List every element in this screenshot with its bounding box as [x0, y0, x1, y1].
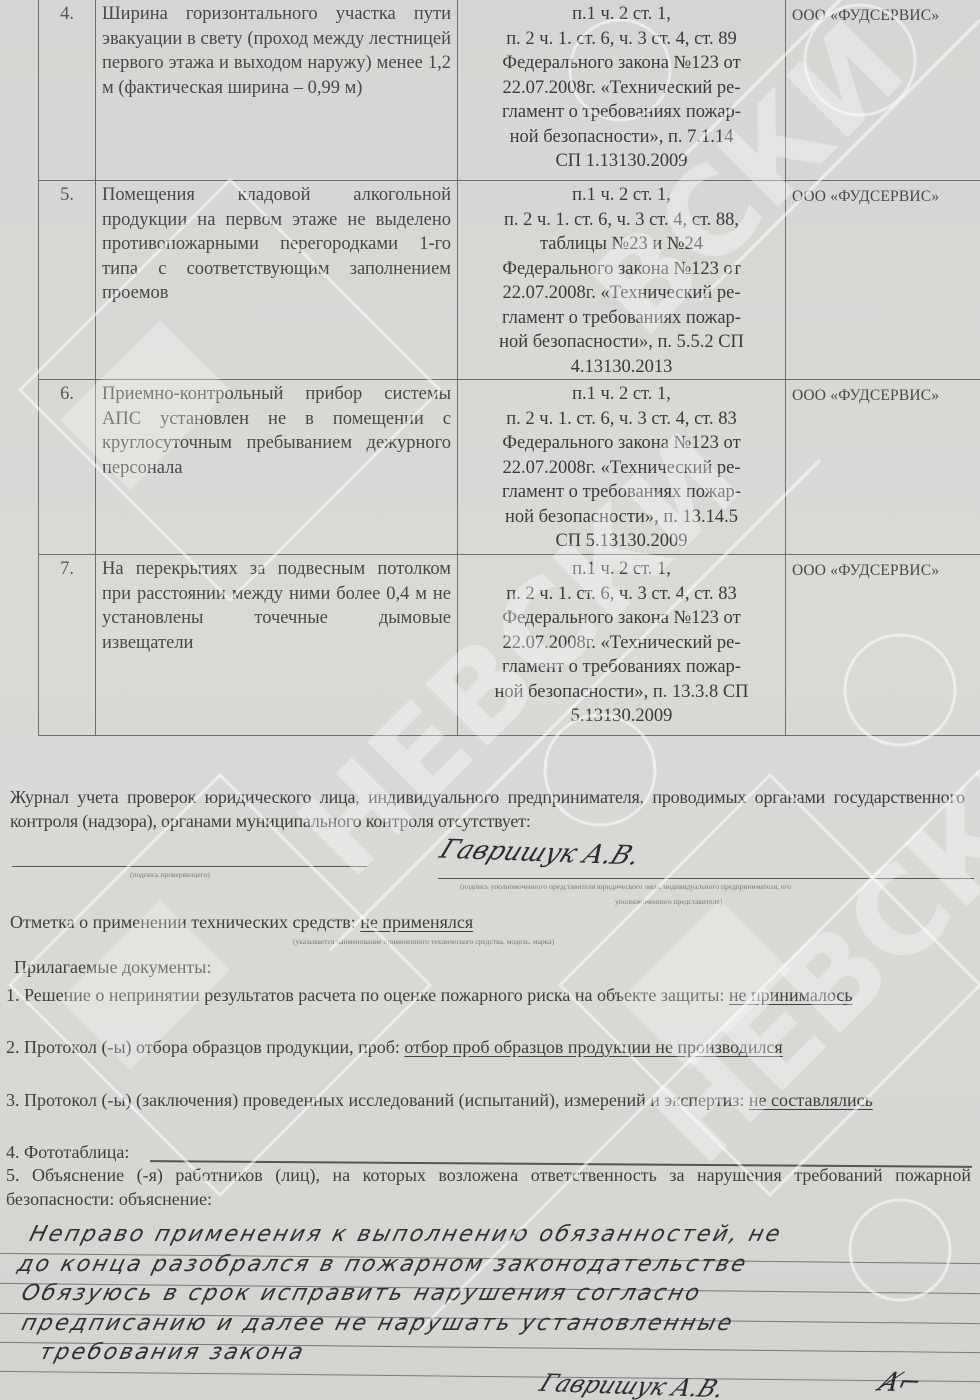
svg-text:НЕВСКИ: НЕВСКИ — [626, 696, 980, 1191]
explanation-signature-mark: Ⱥ⌐ — [874, 1367, 926, 1398]
responsible-organization: ООО «ФУДСЕРВИС» — [786, 0, 980, 181]
norm-line: гламент о требованиях пожар- — [464, 100, 779, 125]
norm-line: ной безопасности», п. 7.1.14 — [464, 125, 779, 150]
violated-norm: п.1 ч. 2 ст. 1,п. 2 ч. 1. ст. 6, ч. 3 ст… — [458, 181, 786, 380]
journal-statement: Журнал учета проверок юридического лица,… — [10, 785, 965, 833]
norm-line: п.1 ч. 2 ст. 1, — [464, 183, 779, 208]
handwritten-line-5: требования закона — [37, 1340, 308, 1365]
violation-description: Ширина горизонтального участка пути эвак… — [96, 0, 458, 181]
handwritten-line-1: Неправо применения к выполнению обязанно… — [27, 1222, 785, 1247]
norm-line: п. 2 ч. 1. ст. 6, ч. 3 ст. 4, ст. 89 — [464, 27, 779, 52]
attachment-2: 2. Протокол (-ы) отбора образцов продукц… — [6, 1035, 971, 1059]
ruled-line — [0, 1371, 980, 1382]
norm-line: 22.07.2008г. «Технический ре- — [464, 456, 779, 481]
violations-table: 4.Ширина горизонтального участка пути эв… — [38, 0, 980, 736]
norm-line: ной безопасности», п. 13.14.5 — [464, 505, 779, 530]
technical-means-label: Отметка о применении технических средств… — [10, 912, 356, 932]
attachment-4: 4. Фототаблица: — [6, 1140, 129, 1164]
norm-line: 5.13130.2009 — [464, 704, 779, 729]
norm-line: п. 2 ч. 1. ст. 6, ч. 3 ст. 4, ст. 88, — [464, 208, 779, 233]
technical-means-value: не применялся — [360, 912, 473, 932]
violation-row: 6.Приемно-контрольный прибор системы АПС… — [39, 380, 980, 555]
representative-caption-2: уполномоченного представителя) — [615, 897, 722, 906]
explanation-signature: Гавришук А.В. — [536, 1369, 729, 1400]
norm-line: ной безопасности», п. 5.5.2 СП — [464, 330, 779, 355]
violation-number: 5. — [39, 181, 96, 380]
representative-caption-1: (подпись уполномоченного представителя ю… — [460, 882, 791, 891]
attachment-1-value: не принималось — [729, 985, 853, 1005]
attachment-2-value: отбор проб образцов продукции не произво… — [404, 1037, 782, 1057]
inspector-signature-line — [12, 866, 367, 867]
norm-line: п.1 ч. 2 ст. 1, — [464, 382, 779, 407]
violated-norm: п.1 ч. 2 ст. 1,п. 2 ч. 1. ст. 6, ч. 3 ст… — [458, 555, 786, 736]
responsible-organization: ООО «ФУДСЕРВИС» — [786, 555, 980, 736]
norm-line: п.1 ч. 2 ст. 1, — [464, 557, 779, 582]
norm-line: СП 5.13130.2009 — [464, 529, 779, 554]
attachment-5: 5. Объяснение (-я) работников (лиц), на … — [6, 1163, 971, 1211]
violation-row: 5.Помещения кладовой алкогольной продукц… — [39, 181, 980, 380]
violated-norm: п.1 ч. 2 ст. 1,п. 2 ч. 1. ст. 6, ч. 3 ст… — [458, 0, 786, 181]
norm-line: таблицы №23 и №24 — [464, 232, 779, 257]
violation-description: На перекрытиях за подвесным потолком при… — [96, 555, 458, 736]
norm-line: п. 2 ч. 1. ст. 6, ч. 3 ст. 4, ст. 83 — [464, 582, 779, 607]
violation-description: Помещения кладовой алкогольной продукции… — [96, 181, 458, 380]
attachment-1: 1. Решение о непринятии результатов расч… — [6, 983, 971, 1007]
norm-line: п. 2 ч. 1. ст. 6, ч. 3 ст. 4, ст. 83 — [464, 407, 779, 432]
norm-line: Федерального закона №123 от — [464, 257, 779, 282]
representative-signature-line — [438, 878, 974, 879]
norm-line: 4.13130.2013 — [464, 355, 779, 380]
attachment-3: 3. Протокол (-ы) (заключения) проведенны… — [6, 1088, 971, 1112]
norm-line: Федерального закона №123 от — [464, 431, 779, 456]
norm-line: Федерального закона №123 от — [464, 606, 779, 631]
norm-line: гламент о требованиях пожар- — [464, 306, 779, 331]
violation-row: 7.На перекрытиях за подвесным потолком п… — [39, 555, 980, 736]
inspector-signature-caption: (подпись проверяющего) — [130, 870, 210, 879]
violation-number: 7. — [39, 555, 96, 736]
representative-signature: Гавришук А.В. — [435, 835, 644, 872]
norm-line: гламент о требованиях пожар- — [464, 480, 779, 505]
norm-line: СП 1.13130.2009 — [464, 149, 779, 174]
norm-line: ной безопасности», п. 13.3.8 СП — [464, 680, 779, 705]
technical-means-caption: (указывается наименование примененного т… — [293, 937, 554, 946]
handwritten-line-4: предписанию и далее не нарушать установл… — [19, 1311, 737, 1336]
violated-norm: п.1 ч. 2 ст. 1,п. 2 ч. 1. ст. 6, ч. 3 ст… — [458, 380, 786, 555]
norm-line: Федерального закона №123 от — [464, 51, 779, 76]
handwritten-line-2: до конца разобрался в пожарном законодат… — [15, 1252, 751, 1277]
handwritten-line-3: Обязуюсь в срок исправить нарушения согл… — [19, 1281, 705, 1306]
inspection-act-page: 4.Ширина горизонтального участка пути эв… — [0, 0, 980, 1400]
violation-description: Приемно-контрольный прибор системы АПС у… — [96, 380, 458, 555]
norm-line: 22.07.2008г. «Технический ре- — [464, 281, 779, 306]
violation-number: 4. — [39, 0, 96, 181]
violation-number: 6. — [39, 380, 96, 555]
responsible-organization: ООО «ФУДСЕРВИС» — [786, 380, 980, 555]
technical-means-line: Отметка о применении технических средств… — [10, 910, 473, 934]
norm-line: 22.07.2008г. «Технический ре- — [464, 631, 779, 656]
norm-line: п.1 ч. 2 ст. 1, — [464, 2, 779, 27]
attachment-3-value: не составлялись — [749, 1090, 873, 1110]
norm-line: гламент о требованиях пожар- — [464, 655, 779, 680]
responsible-organization: ООО «ФУДСЕРВИС» — [786, 181, 980, 380]
attachments-title: Прилагаемые документы: — [14, 955, 211, 979]
norm-line: 22.07.2008г. «Технический ре- — [464, 76, 779, 101]
violation-row: 4.Ширина горизонтального участка пути эв… — [39, 0, 980, 181]
